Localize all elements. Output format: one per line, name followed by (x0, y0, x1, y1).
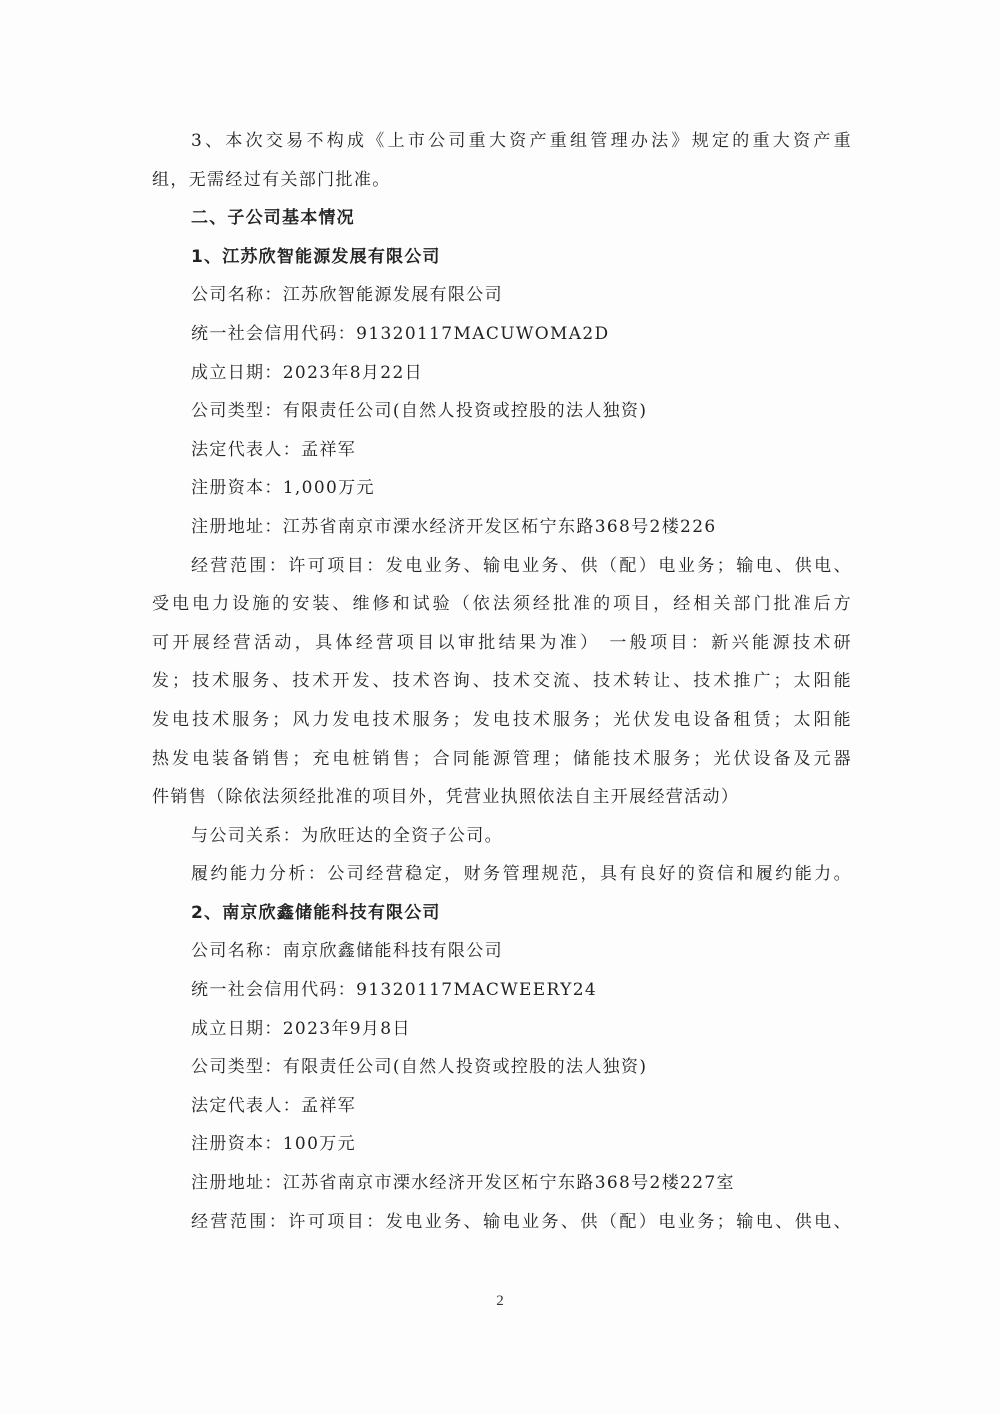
company-2-business-scope: 经营范围：许可项目：发电业务、输电业务、供（配）电业务；输电、供电、 (152, 1203, 852, 1242)
section-heading-subsidiary-info: 二、子公司基本情况 (152, 199, 852, 238)
company-1-business-scope-cont: 热发电装备销售；充电桩销售；合同能源管理；储能技术服务；光伏设备及元器 (152, 740, 852, 779)
page-number: 2 (0, 1293, 1000, 1310)
company-1-registered-capital: 注册资本：1,000万元 (152, 469, 852, 508)
subsection-heading-company-2: 2、南京欣鑫储能科技有限公司 (152, 894, 852, 933)
company-2-registered-capital: 注册资本：100万元 (152, 1125, 852, 1164)
company-1-legal-rep: 法定代表人：孟祥军 (152, 431, 852, 470)
company-2-name: 公司名称：南京欣鑫储能科技有限公司 (152, 932, 852, 971)
company-1-business-scope-cont: 受电电力设施的安装、维修和试验（依法须经批准的项目，经相关部门批准后方 (152, 585, 852, 624)
company-1-business-scope: 经营范围：许可项目：发电业务、输电业务、供（配）电业务；输电、供电、 (152, 547, 852, 586)
subsection-heading-company-1: 1、江苏欣智能源发展有限公司 (152, 238, 852, 277)
company-1-relationship: 与公司关系：为欣旺达的全资子公司。 (152, 817, 852, 856)
company-1-performance-capability: 履约能力分析：公司经营稳定，财务管理规范，具有良好的资信和履约能力。 (152, 855, 852, 894)
company-1-business-scope-cont: 发；技术服务、技术开发、技术咨询、技术交流、技术转让、技术推广；太阳能 (152, 662, 852, 701)
company-1-business-scope-cont: 可开展经营活动，具体经营项目以审批结果为准） 一般项目：新兴能源技术研 (152, 624, 852, 663)
company-1-type: 公司类型：有限责任公司(自然人投资或控股的法人独资) (152, 392, 852, 431)
paragraph-line-transaction-note: 3、本次交易不构成《上市公司重大资产重组管理办法》规定的重大资产重 (152, 122, 852, 161)
company-2-legal-rep: 法定代表人：孟祥军 (152, 1087, 852, 1126)
company-1-name: 公司名称：江苏欣智能源发展有限公司 (152, 276, 852, 315)
company-1-business-scope-cont: 发电技术服务；风力发电技术服务；发电技术服务；光伏发电设备租赁；太阳能 (152, 701, 852, 740)
company-1-business-scope-cont: 件销售（除依法须经批准的项目外，凭营业执照依法自主开展经营活动） (152, 778, 852, 817)
company-1-registered-address: 注册地址：江苏省南京市溧水经济开发区柘宁东路368号2楼226 (152, 508, 852, 547)
company-1-founded-date: 成立日期：2023年8月22日 (152, 354, 852, 393)
company-2-founded-date: 成立日期：2023年9月8日 (152, 1010, 852, 1049)
company-2-credit-code: 统一社会信用代码：91320117MACWEERY24 (152, 971, 852, 1010)
document-page-body: 3、本次交易不构成《上市公司重大资产重组管理办法》规定的重大资产重 组，无需经过… (152, 122, 852, 1241)
company-2-registered-address: 注册地址：江苏省南京市溧水经济开发区柘宁东路368号2楼227室 (152, 1164, 852, 1203)
company-2-type: 公司类型：有限责任公司(自然人投资或控股的法人独资) (152, 1048, 852, 1087)
company-1-credit-code: 统一社会信用代码：91320117MACUWOMA2D (152, 315, 852, 354)
paragraph-line: 组，无需经过有关部门批准。 (152, 161, 852, 200)
